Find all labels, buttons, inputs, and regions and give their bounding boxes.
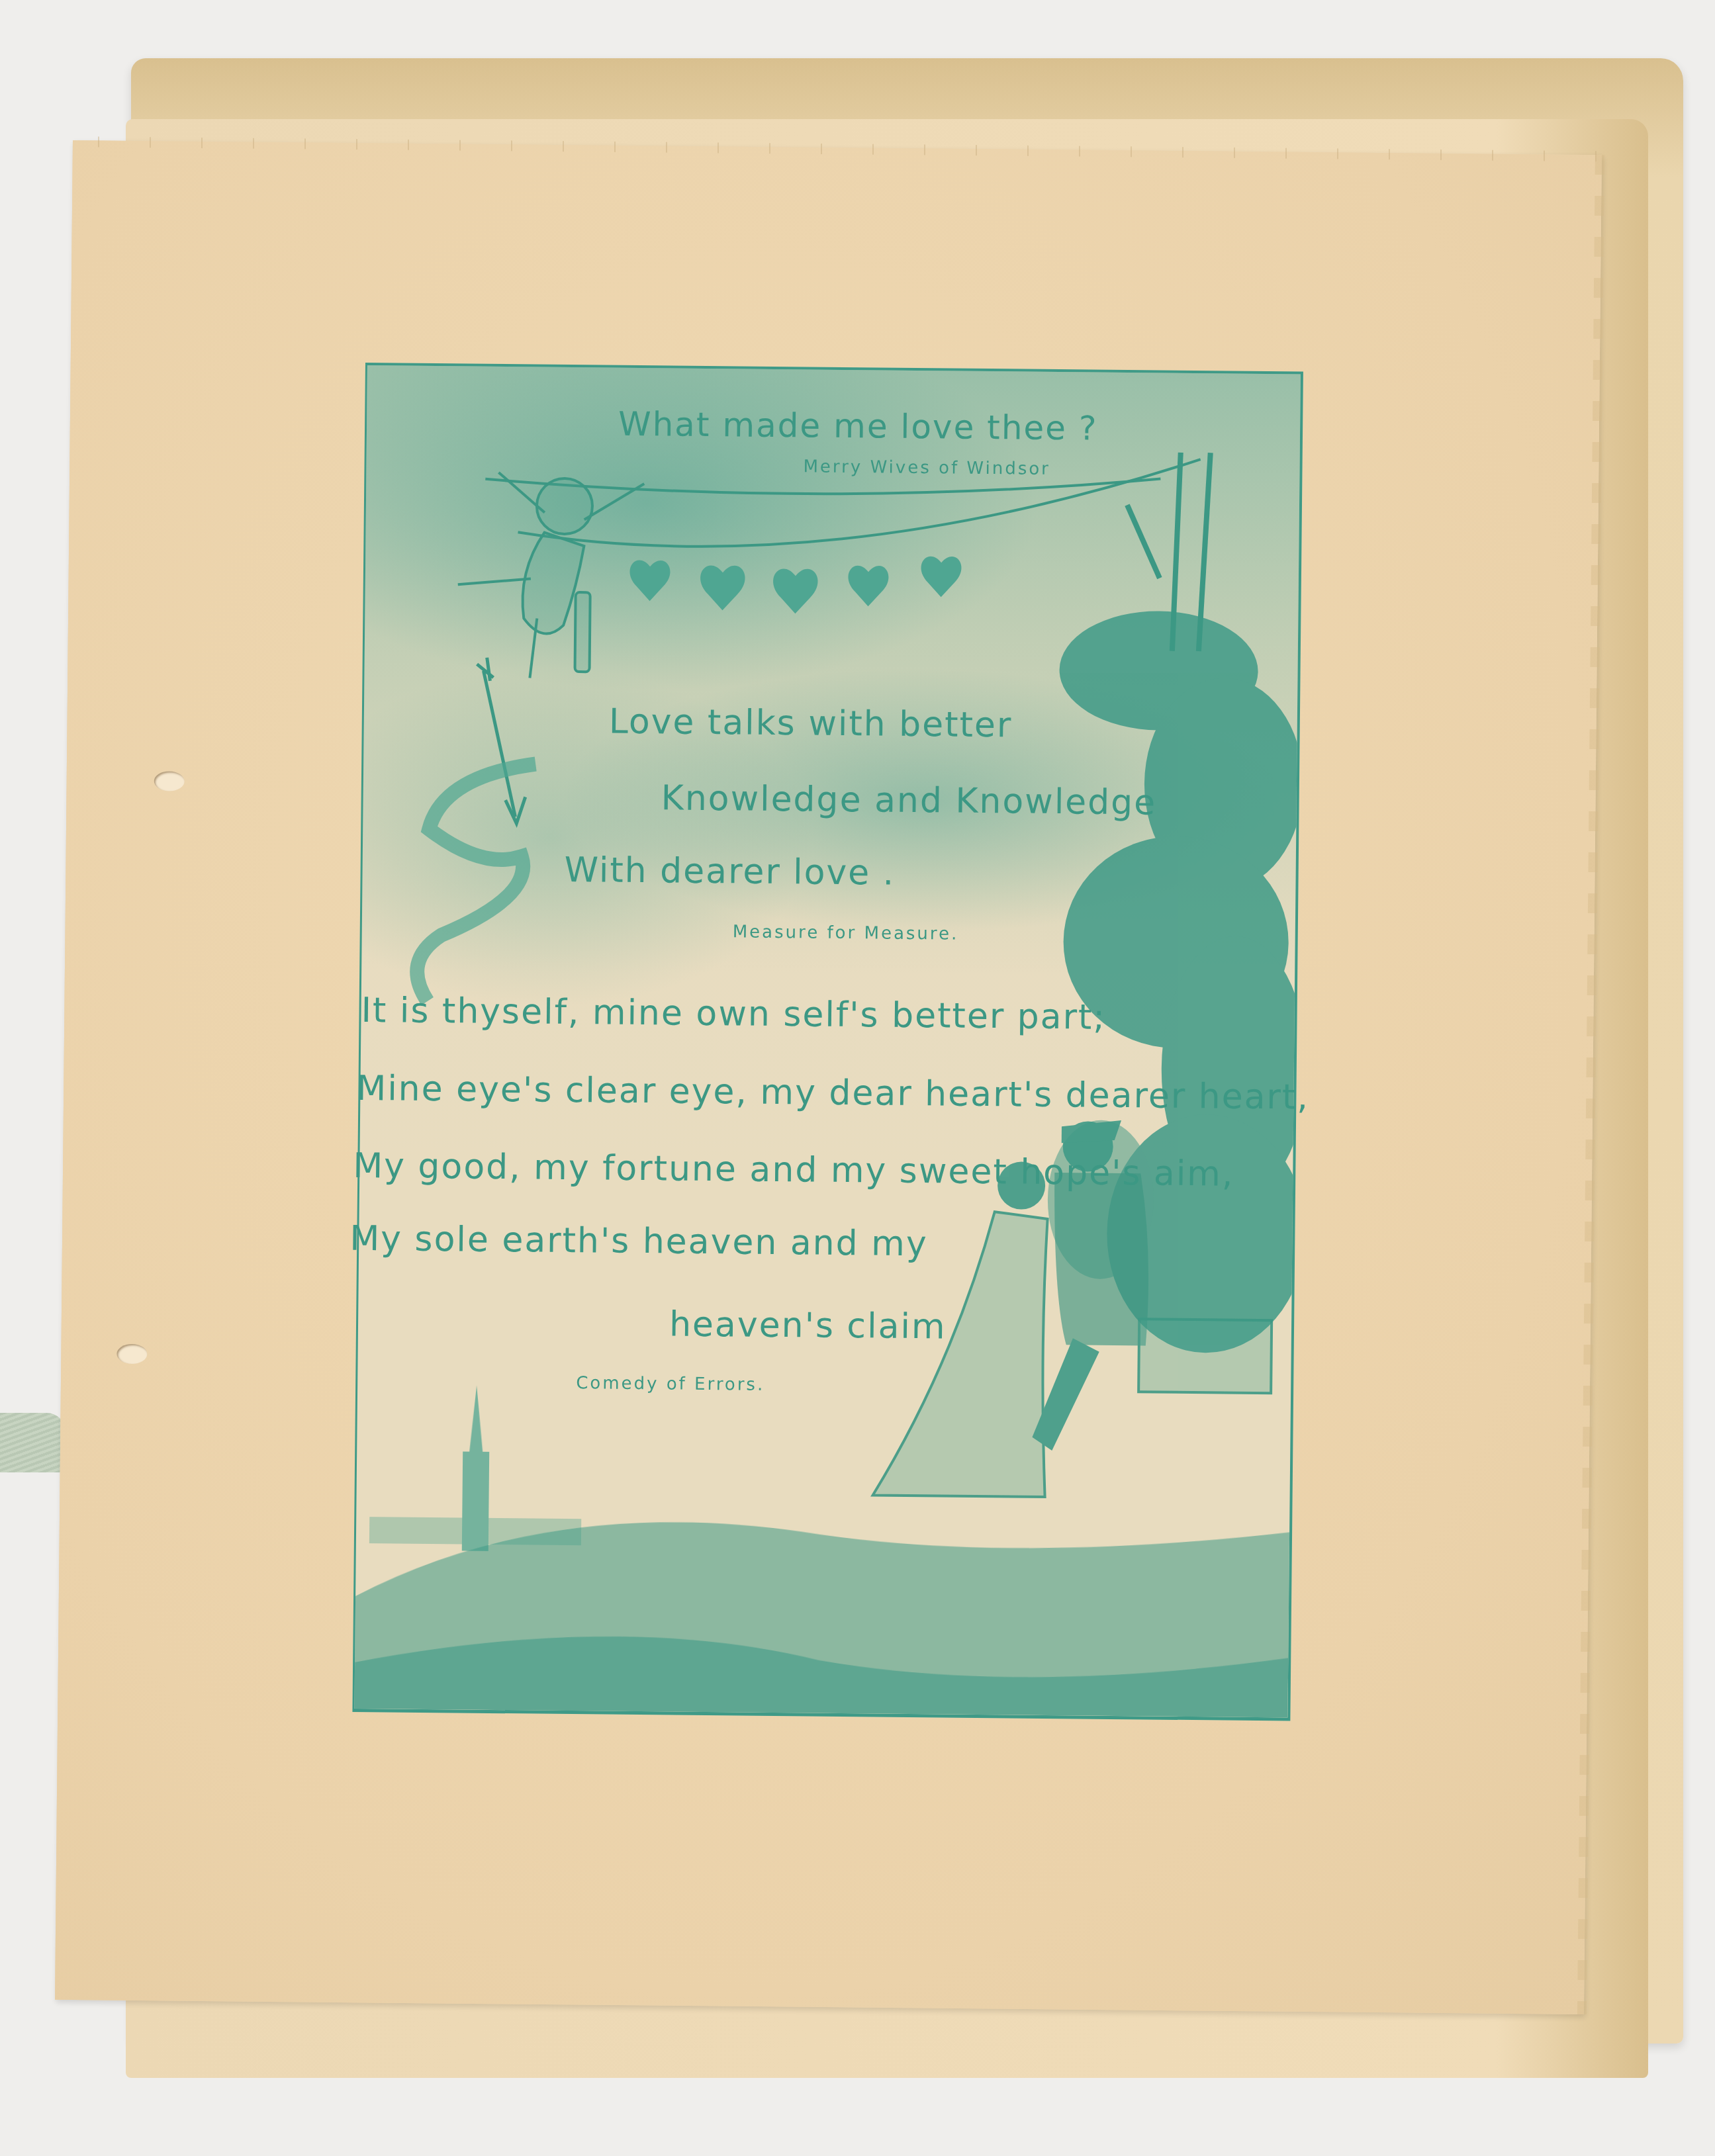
quote-2-line-2: Knowledge and Knowledge: [661, 778, 1156, 823]
quote-1-line-1: What made me love thee ?: [618, 405, 1098, 448]
binding-ribbon: [0, 1413, 66, 1472]
quote-3-line-5: heaven's claim: [669, 1304, 947, 1347]
church-spire-icon: [369, 1384, 582, 1552]
ribbon-art: [417, 763, 535, 1003]
quote-3-line-1: It is thyself, mine own self's better pa…: [361, 991, 1106, 1038]
quote-1-source: Merry Wives of Windsor: [803, 457, 1050, 479]
quote-3-source: Comedy of Errors.: [576, 1373, 765, 1395]
arrow-icon: [475, 658, 526, 824]
quote-3-line-3: My good, my fortune and my sweet hope's …: [353, 1146, 1234, 1194]
punch-hole-bottom: [116, 1344, 147, 1364]
quote-2-line-3: With dearer love .: [564, 850, 895, 893]
hearts-icon: [629, 553, 962, 615]
punch-hole-top: [154, 771, 185, 791]
quote-2-line-1: Love talks with better: [609, 702, 1013, 746]
illustration-art: [354, 365, 1300, 1717]
illustration-panel: What made me love thee ? Merry Wives of …: [352, 363, 1303, 1721]
cupid-icon: [457, 472, 644, 679]
quote-2-source: Measure for Measure.: [733, 922, 959, 944]
quote-3-line-4: My sole earth's heaven and my: [349, 1219, 928, 1264]
